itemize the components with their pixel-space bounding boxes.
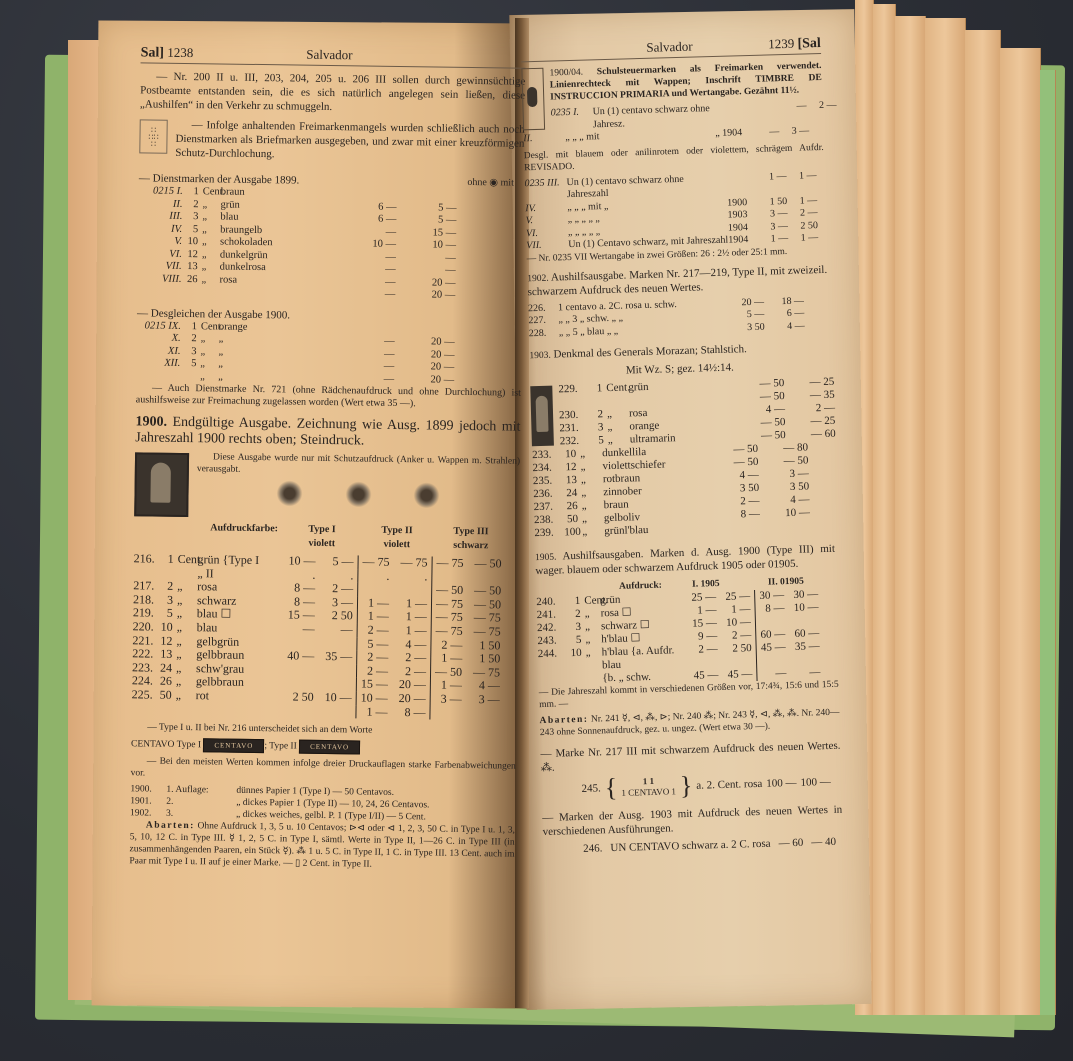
issue-note: Diese Ausgabe wurde nur mit Schutzaufdru… (135, 450, 520, 479)
value: 5 (590, 434, 608, 447)
type-iii-used: — 75 (467, 625, 505, 639)
price-01905-unused (755, 615, 789, 629)
type-ii-unused: 10 — (356, 691, 392, 705)
value: 50 (158, 689, 176, 703)
value: 1 (187, 186, 203, 199)
catalog-number: 216. (134, 552, 160, 566)
unit: „ (581, 486, 603, 500)
type-ii-label: Type II (381, 525, 412, 536)
price-used: 2 50 (792, 220, 822, 233)
type-iii-used: 3 — (466, 693, 504, 707)
price-ohne-unused: — (339, 288, 399, 301)
value: 1 (566, 595, 584, 608)
type-ii-used: 8 — (391, 705, 429, 719)
value (568, 673, 586, 686)
type-i-used (317, 704, 355, 718)
type-i-label: Type I (308, 524, 335, 535)
page-number: 1239 (768, 36, 794, 52)
value: 10 (568, 647, 587, 673)
price-01905-used: 10 — (788, 601, 822, 615)
catalog-number (538, 673, 568, 687)
value: 12 (562, 461, 580, 474)
type-ii-used: 2 — (392, 651, 430, 665)
type-i-unused (281, 704, 317, 718)
price-1905-unused: 25 — (680, 591, 720, 605)
unit: „ (584, 607, 600, 620)
value: 100 (564, 526, 582, 539)
value: 13 (563, 474, 581, 487)
value: 13 (186, 261, 202, 274)
price-ohne-unused (341, 188, 401, 201)
left-page-content: Sal] 1238 Salvador — Nr. 200 II u. III, … (129, 45, 525, 876)
catalog-number: 239. (534, 526, 564, 540)
stamp-image-1903 (530, 386, 554, 447)
unit: „ (202, 249, 220, 262)
auflage-year: 1902. (130, 807, 166, 820)
price-used: 1 — (792, 232, 822, 245)
type-ii-used: 20 — (392, 692, 430, 706)
value: 2 (589, 408, 607, 421)
unit: „ (200, 371, 218, 384)
price-used: 6 — (768, 307, 808, 321)
price-used: 100 — (800, 775, 831, 790)
value: 13 (158, 648, 176, 662)
catalog-number: 243. (537, 634, 567, 648)
catalog-number: 244. (538, 647, 569, 674)
auflage-number: 1. Auflage: (166, 784, 236, 797)
druck-note: — Bei den meisten Werten kommen infolge … (131, 755, 516, 784)
stamp-color (195, 703, 281, 718)
overprint-type-iii-icon (414, 482, 440, 508)
stamp-color: grünl'blau (604, 522, 714, 538)
type-iii-unused: 3 — (430, 692, 466, 706)
catalog-number: 240. (536, 595, 566, 609)
value: 2 (186, 199, 202, 212)
type-i-used: 35 — (318, 650, 356, 664)
unit: „ (177, 580, 197, 594)
catalog-number: VIII. (137, 273, 185, 286)
price-ohne-unused: — (340, 226, 400, 239)
price-ohne-used: 20 — (399, 276, 459, 289)
year: 1904 (728, 221, 762, 234)
value: 10 (159, 621, 177, 635)
price-1905-unused: 15 — (681, 617, 721, 631)
unit: „ (177, 621, 197, 635)
type-ii-used (393, 583, 431, 597)
price-ohne-unused: 6 — (340, 213, 400, 226)
value (184, 370, 200, 383)
catalog-number (131, 702, 157, 716)
unit: „ (176, 648, 196, 662)
intro-note: — Nr. 200 II u. III, 203, 204, 205 u. 20… (140, 69, 526, 116)
unit: „ (201, 274, 219, 287)
type-i-color: violett (308, 538, 335, 549)
price-01905-unused: 60 — (755, 628, 789, 642)
page-number: 1238 (167, 45, 193, 60)
issue-1902: 1902. Aushilfsausgabe. Marken Nr. 217—21… (527, 262, 829, 340)
price-ohne-unused: — (340, 263, 400, 276)
price-used: 2 — (810, 99, 841, 125)
value: 3 (589, 421, 607, 434)
price-mit-used: 20 — (398, 373, 458, 386)
marke-1903-note: — Marken der Ausg. 1903 mit Aufdruck des… (542, 803, 843, 839)
price-01905-used: 60 — (789, 627, 823, 641)
catalog-number: 245. (581, 781, 601, 796)
price-unused: 3 50 (729, 321, 769, 335)
catalog-number: 228. (529, 327, 559, 340)
revisado-title: Desgl. mit blauem oder anilinrotem oder … (524, 141, 825, 173)
unit: Cent. (584, 594, 600, 607)
price-ohne-used: — (400, 251, 460, 264)
type-note-mid: ; Type II (264, 741, 297, 751)
catalog-number: II. (138, 198, 186, 211)
price-unused: 3 — (761, 208, 791, 221)
price-1905-used: 2 50 (722, 642, 757, 669)
catalog-number: XII. (136, 357, 184, 370)
price-ohne-used (401, 189, 461, 202)
price-mit-used: 20 — (398, 361, 458, 374)
marke-1903-section: — Marken der Ausg. 1903 mit Aufdruck des… (542, 803, 843, 857)
value: 1 (160, 553, 178, 567)
price-01905-used: — (790, 666, 824, 680)
page-title: Salvador (306, 48, 352, 63)
column-header-mit: mit (500, 177, 513, 188)
revisado-section: Desgl. mit blauem oder anilinrotem oder … (524, 141, 827, 264)
price-01905-unused: 45 — (755, 641, 790, 668)
unit: „ (580, 447, 602, 461)
unit (586, 672, 602, 685)
issue-year: 1903. (529, 351, 551, 362)
abarten-label: Abarten: (539, 715, 588, 726)
price-01905-used: 30 — (788, 588, 822, 602)
type-i-used (318, 664, 356, 678)
stamp-color: h'blau {a. Aufdr. blau (602, 644, 683, 672)
unit: „ (585, 633, 601, 646)
type-note-prefix: CENTAVO Type I (131, 739, 201, 750)
issue-1903: 1903. Denkmal des Generals Morazan; Stah… (529, 340, 834, 540)
catalog-number: IV. (525, 202, 567, 216)
unit (175, 702, 195, 716)
type-i-used: 5 — (319, 555, 357, 569)
unit: „ (201, 333, 219, 346)
marke-217-note: — Marke Nr. 217 III mit schwarzem Aufdru… (540, 739, 841, 775)
value: 2 (159, 580, 177, 594)
value: 3 (184, 345, 200, 358)
price-used: 18 — (768, 295, 808, 309)
type-iii-used (465, 706, 503, 720)
type-iii-color: schwarz (453, 540, 488, 551)
type-i-unused (282, 663, 318, 677)
unit: „ (200, 346, 218, 359)
type-iii-used: — 50 (467, 557, 505, 571)
price-used: — 40 (811, 835, 836, 850)
price-ohne-unused: 6 — (340, 201, 400, 214)
service-note: — Auch Dienstmarke Nr. 721 (ohne Rädchen… (136, 382, 521, 411)
value: 12 (186, 249, 202, 262)
unit: „ (607, 420, 629, 434)
catalog-number: X. (137, 332, 185, 345)
price-mit-unused: — (338, 373, 398, 386)
price-1905-used: 2 — (721, 629, 755, 643)
price-mit-unused: — (339, 335, 399, 348)
price-unused: 20 — (728, 296, 768, 310)
type-iii-unused (429, 706, 465, 720)
price-mit-unused (339, 323, 399, 336)
price-1905-used: 25 — (720, 590, 754, 604)
price-unused (714, 521, 764, 535)
type-ii-unused: 2 — (356, 651, 392, 665)
price-unused: 100 — (766, 776, 797, 791)
type-ii-unused: 2 — (357, 623, 393, 637)
value: 5 (567, 634, 585, 647)
price-ohne-used: 5 — (400, 201, 460, 214)
page-title: Salvador (646, 40, 693, 55)
unit: „ (586, 646, 603, 672)
type-i-unused: — (283, 622, 319, 636)
price-ohne-unused: — (339, 276, 399, 289)
price-used: 4 — (769, 320, 809, 334)
year (726, 171, 761, 197)
price-unused: — (755, 126, 783, 139)
overprint-type-i-icon (276, 480, 302, 506)
type-ii-used: — 75 (393, 556, 431, 570)
value: 26 (563, 500, 581, 513)
value: 3 (186, 211, 202, 224)
price-ohne-used: 15 — (400, 226, 460, 239)
catalog-number: 241. (536, 608, 566, 622)
year: 1900 (727, 196, 761, 209)
auflage-year: 1901. (130, 795, 166, 808)
year: „ 1904 (715, 127, 755, 141)
unit: „ (202, 211, 220, 224)
stamp-description: a. 2. Cent. rosa (696, 777, 762, 793)
issue-1900: 1900. Endgültige Ausgabe. Zeichnung wie … (131, 414, 520, 720)
unit: „ (202, 261, 220, 274)
unit (201, 286, 219, 299)
unit: „ (608, 433, 630, 447)
price-1905-unused: 45 — (682, 669, 722, 683)
issue-title: Aushilfsausgaben. Marken d. Ausg. 1900 (… (535, 543, 835, 577)
catalog-number: VII. (526, 239, 568, 253)
price-unused: — (782, 100, 811, 126)
issue-1905: 1905. Aushilfsausgaben. Marken d. Ausg. … (535, 542, 840, 739)
catalog-number: 225. (132, 688, 158, 702)
catalog-number: 0215 IX. (137, 320, 185, 333)
price-used: 1 — (790, 170, 821, 196)
centavo-type-ii-icon: CENTAVO (299, 740, 360, 755)
issue-year: 1902. (527, 273, 549, 284)
price-1905-used: 45 — (722, 668, 756, 682)
price-ohne-used: 20 — (399, 289, 459, 302)
value: 1 (185, 320, 201, 333)
catalog-number: 0235 III. (524, 177, 567, 203)
auflage-number: 2. (166, 796, 236, 809)
type-i-unused: 2 50 (282, 690, 318, 704)
catalog-number: IV. (138, 223, 186, 236)
catalog-number: III. (138, 210, 186, 223)
type-ii-unused (357, 583, 393, 597)
catalog-number: 246. (583, 841, 603, 856)
unit: Cent. (203, 186, 221, 199)
issue-title: Aushilfsausgabe. Marken Nr. 217—219, Typ… (527, 263, 827, 297)
catalog-number: V. (138, 235, 186, 248)
unit: „ (202, 236, 220, 249)
unit: Cent. (178, 553, 198, 567)
issue-title: Endgültige Ausgabe. Zeichnung wie Ausg. … (135, 415, 520, 449)
value: 5 (184, 358, 200, 371)
value (589, 395, 607, 408)
price-1905-used: 1 — (720, 603, 754, 617)
type-iii-unused: — 75 (431, 624, 467, 638)
price-01905-used: 35 — (789, 640, 824, 667)
catalog-number: 226. (528, 302, 558, 315)
year (742, 101, 783, 127)
unit: „ (581, 499, 603, 513)
price-01905-used (789, 614, 823, 628)
catalog-number: 229. (558, 383, 588, 397)
issue-1900-service: — Desgleichen der Ausgabe 1900. 0215 IX.… (136, 306, 522, 412)
price-unused: 3 — (762, 220, 792, 233)
column-header-ohne: ohne (467, 177, 487, 188)
catalog-number: V. (525, 214, 567, 228)
stamp-image-1900 (134, 452, 189, 517)
catalog-number: VI. (138, 248, 186, 261)
catalog-number: 235. (533, 474, 563, 488)
unit: „ (200, 358, 218, 371)
unit: „ (581, 473, 603, 487)
type-i-used: — (319, 623, 357, 637)
price-ohne-unused: 10 — (340, 238, 400, 251)
type-ii-unused: — 75 (357, 555, 393, 569)
type-i-unused: 15 — (283, 609, 319, 623)
price-unused: 5 — (728, 309, 768, 323)
type-iii-unused: — 75 (431, 556, 467, 570)
price-1905-unused: 1 — (680, 604, 720, 618)
catalog-number: 237. (533, 500, 563, 514)
unit: „ (580, 460, 602, 474)
auflage-number: 3. (166, 808, 236, 821)
perforation-icon: ◉ (489, 177, 498, 188)
catalog-number: VII. (138, 260, 186, 273)
catalog-number: 242. (537, 621, 567, 635)
school-stamps-section: 1900/04. Schulsteuermarken als Freimarke… (521, 60, 823, 146)
price-1905-used: 10 — (721, 616, 755, 630)
issue-year: 1900. (135, 414, 167, 429)
price-1905-unused: 2 — (682, 643, 723, 670)
price-used: — 60 (790, 428, 840, 442)
value: 1 (588, 382, 606, 395)
unit: „ (585, 620, 601, 633)
perforation-pattern-icon: ∷∷∷∷ (139, 119, 167, 153)
section-abbr: Sal] (141, 45, 165, 60)
catalog-number: 234. (532, 461, 562, 475)
unit (607, 394, 629, 408)
type-ii-unused: . (357, 569, 393, 583)
catalog-number (136, 370, 184, 383)
school-stamp-image (521, 68, 545, 131)
issue-1899-service: — Dienstmarken der Ausgabe 1899. ohne ◉ … (137, 171, 524, 303)
price-unused: 1 50 (761, 195, 791, 208)
value (185, 286, 201, 299)
type-i-used: 2 50 (319, 609, 357, 623)
catalog-number: 0215 I. (139, 185, 187, 198)
type-iii-used: — 50 (467, 584, 505, 598)
unit: „ (202, 199, 220, 212)
catalog-number (137, 285, 185, 298)
catalog-number: 217. (133, 579, 159, 593)
overprint-bottom: 1 CENTAVO 1 (621, 786, 676, 799)
overprint-sample: 1 1 1 CENTAVO 1 (621, 775, 676, 799)
value: 3 (567, 621, 585, 634)
unit: „ (582, 525, 604, 539)
price-mit-used: 20 — (398, 348, 458, 361)
unit: Cent. (201, 321, 219, 334)
type-iii-label: Type III (453, 526, 488, 537)
price-unused: 1 — (760, 170, 791, 196)
catalog-number: 222. (132, 647, 158, 661)
value: 5 (186, 224, 202, 237)
price-ohne-used: — (400, 264, 460, 277)
stamp-color: rot (196, 689, 282, 704)
type-iii-used: 1 50 (466, 652, 504, 666)
catalog-number (559, 396, 589, 410)
abarten-label: Abarten: (146, 821, 195, 832)
type-ii-unused: 1 — (355, 705, 391, 719)
value: 2 (566, 608, 584, 621)
type-i-unused: 40 — (282, 650, 318, 664)
section-abbr: [Sal (797, 36, 821, 52)
price-ohne-unused: — (340, 251, 400, 264)
price-01905-unused: — (756, 667, 790, 681)
catalog-number: XI. (136, 345, 184, 358)
issue-title: Schulsteuermarken als Freimarken verwend… (550, 61, 822, 103)
type-ii-color: violett (383, 539, 410, 550)
value: 26 (185, 274, 201, 287)
catalog-number: VI. (526, 227, 568, 241)
type-ii-used: 1 — (393, 624, 431, 638)
type-headers: Aufdruckfarbe: Type Iviolett Type IIviol… (134, 520, 519, 553)
centavo-type-i-icon: CENTAVO (203, 738, 264, 753)
price-used: 1 — (791, 195, 821, 208)
value (157, 702, 175, 716)
right-page-content: Salvador 1239 [Sal 1900/04. Schulsteuerm… (521, 36, 844, 857)
catalog-number: 233. (532, 448, 562, 462)
price-used: 3 — (783, 125, 813, 138)
price-unused: 1 — (762, 233, 792, 246)
price-01905-unused: 8 — (754, 602, 788, 616)
notes-section: — Type I u. II bei Nr. 216 unterscheidet… (129, 721, 516, 872)
price-mit-used: 20 — (399, 336, 459, 349)
catalog-number: 227. (528, 314, 558, 327)
aufdruck-label: Aufdruckfarbe: (134, 520, 284, 550)
type-i-used: 2 — (319, 582, 357, 596)
price-1905-unused: 9 — (681, 630, 721, 644)
price-mit-unused: — (338, 360, 398, 373)
price-01905-unused: 30 — (754, 589, 788, 603)
price-ohne-used: 10 — (400, 239, 460, 252)
type-i-used: 10 — (318, 691, 356, 705)
value: 24 (563, 487, 581, 500)
type-ii-used: . (393, 570, 431, 584)
price-mit-unused: — (338, 348, 398, 361)
type-i-unused: 10 — (284, 554, 320, 568)
value: 10 (186, 236, 202, 249)
price-mit-used (399, 323, 459, 336)
catalog-number: 232. (560, 435, 590, 449)
catalog-number: 238. (534, 513, 564, 527)
unit: „ (582, 512, 604, 526)
catalog-number: 231. (559, 422, 589, 436)
